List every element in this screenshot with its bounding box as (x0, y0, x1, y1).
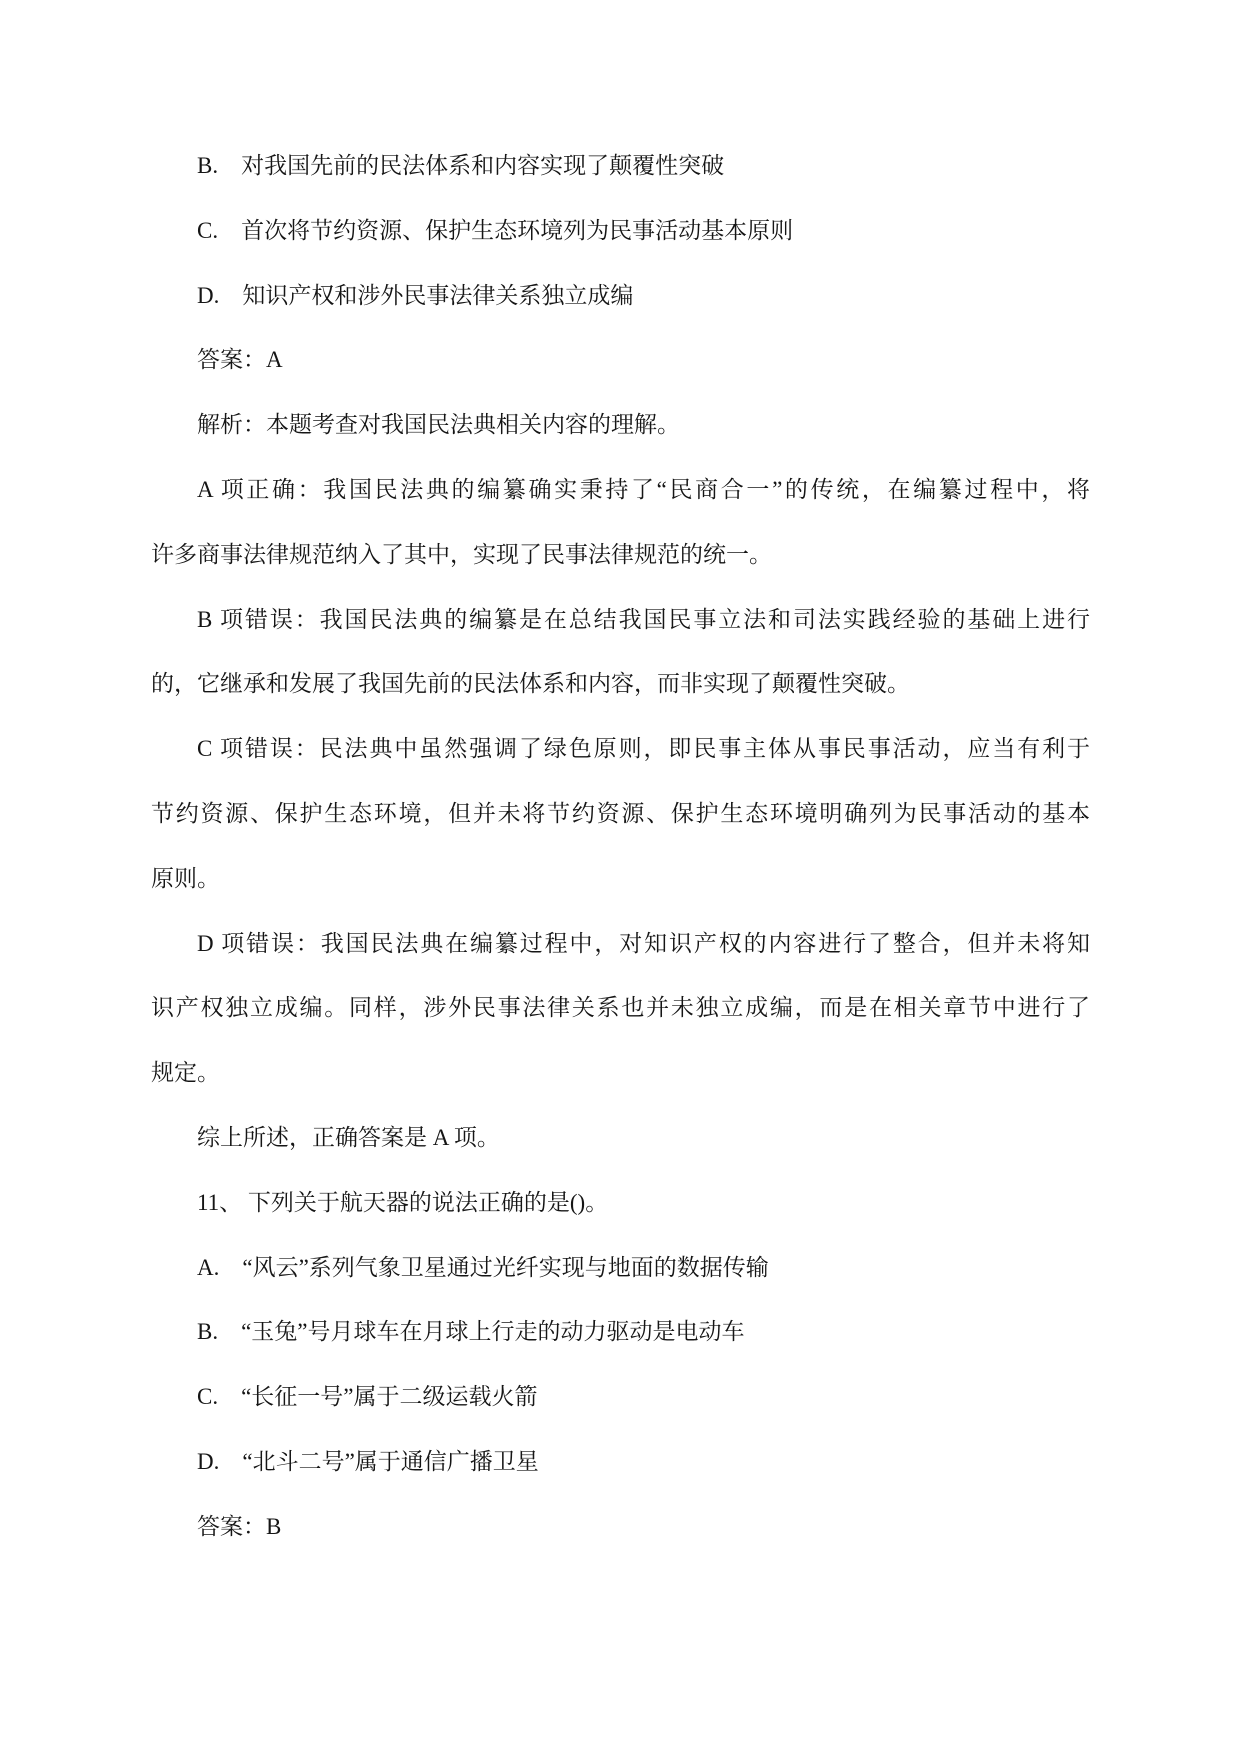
q10-analysis-b-line2: 的，它继承和发展了我国先前的民法体系和内容，而非实现了颠覆性突破。 (151, 652, 1090, 717)
q10-analysis-b-line1: B 项错误：我国民法典的编纂是在总结我国民事立法和司法实践经验的基础上进行 (151, 588, 1090, 653)
q11-stem: 11、 下列关于航天器的说法正确的是()。 (151, 1171, 1090, 1236)
q11-option-d: D. “北斗二号”属于通信广播卫星 (151, 1430, 1090, 1495)
q10-option-c: C. 首次将节约资源、保护生态环境列为民事活动基本原则 (151, 199, 1090, 264)
q10-analysis-d-line2: 识产权独立成编。同样，涉外民事法律关系也并未独立成编，而是在相关章节中进行了 (151, 976, 1090, 1041)
q10-analysis-c-line2: 节约资源、保护生态环境，但并未将节约资源、保护生态环境明确列为民事活动的基本 (151, 782, 1090, 847)
q10-analysis-intro: 解析：本题考查对我国民法典相关内容的理解。 (151, 393, 1090, 458)
q11-option-b: B. “玉兔”号月球车在月球上行走的动力驱动是电动车 (151, 1300, 1090, 1365)
q11-option-a: A. “风云”系列气象卫星通过光纤实现与地面的数据传输 (151, 1236, 1090, 1301)
q10-option-b: B. 对我国先前的民法体系和内容实现了颠覆性突破 (151, 134, 1090, 199)
q10-analysis-c-line1: C 项错误：民法典中虽然强调了绿色原则，即民事主体从事民事活动，应当有利于 (151, 717, 1090, 782)
q10-analysis-d-line3: 规定。 (151, 1041, 1090, 1106)
document-page: B. 对我国先前的民法体系和内容实现了颠覆性突破 C. 首次将节约资源、保护生态… (0, 0, 1241, 1754)
q10-analysis-c-line3: 原则。 (151, 847, 1090, 912)
q10-conclusion: 综上所述，正确答案是 A 项。 (151, 1106, 1090, 1171)
q11-option-c: C. “长征一号”属于二级运载火箭 (151, 1365, 1090, 1430)
q10-option-d: D. 知识产权和涉外民事法律关系独立成编 (151, 264, 1090, 329)
q10-answer: 答案：A (151, 328, 1090, 393)
q10-analysis-a-line1: A 项正确：我国民法典的编纂确实秉持了“民商合一”的传统，在编纂过程中，将 (151, 458, 1090, 523)
q10-analysis-a-line2: 许多商事法律规范纳入了其中，实现了民事法律规范的统一。 (151, 523, 1090, 588)
q11-answer: 答案：B (151, 1495, 1090, 1560)
q10-analysis-d-line1: D 项错误：我国民法典在编纂过程中，对知识产权的内容进行了整合，但并未将知 (151, 912, 1090, 977)
document-text-block: B. 对我国先前的民法体系和内容实现了颠覆性突破 C. 首次将节约资源、保护生态… (151, 134, 1090, 1560)
